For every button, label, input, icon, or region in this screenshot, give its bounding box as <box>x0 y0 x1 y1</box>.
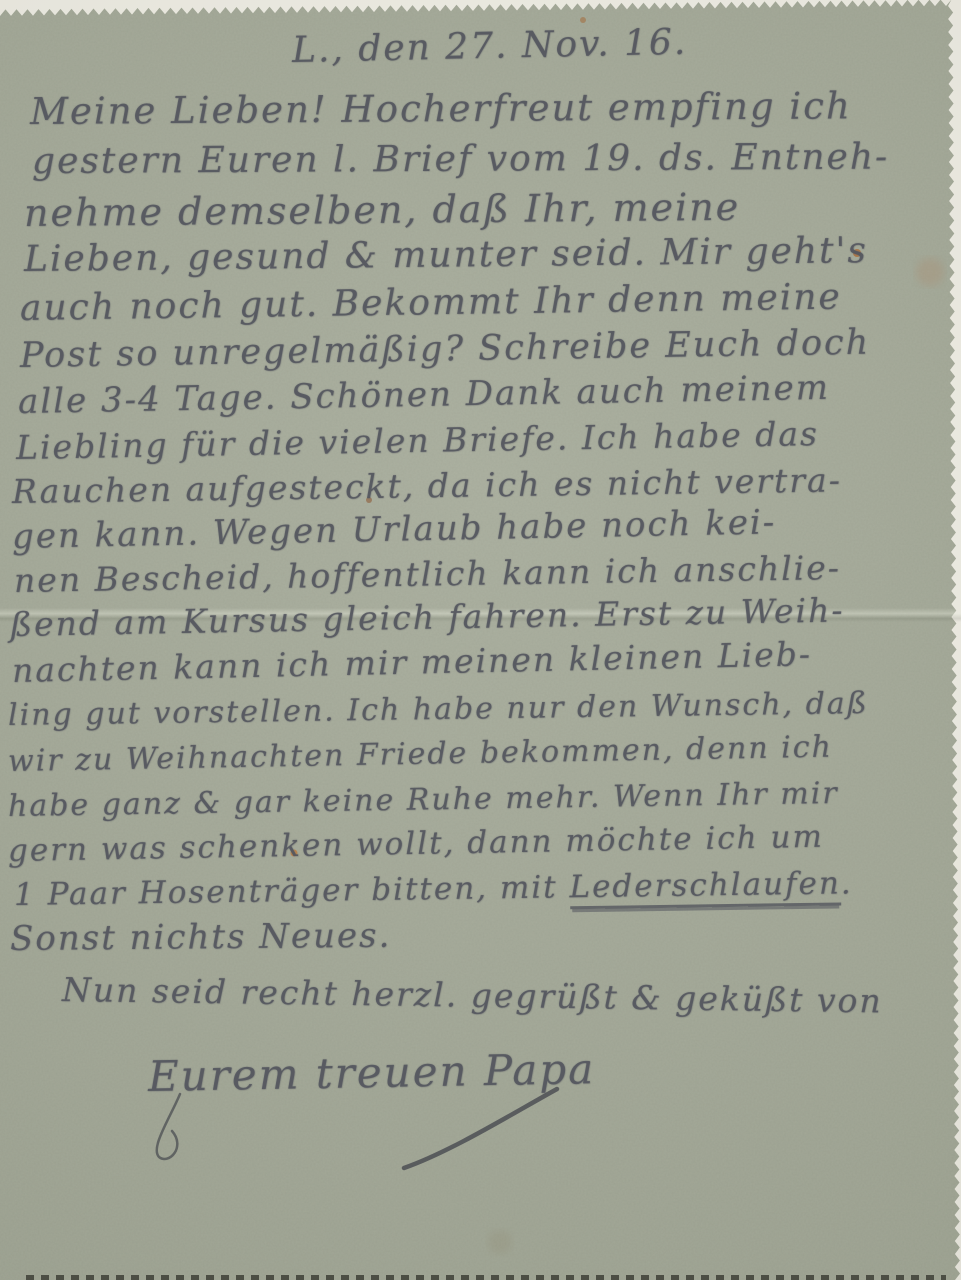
letter-line: nehme demselben, daß Ihr, meine <box>24 185 741 235</box>
bottom-perforation <box>26 1275 946 1280</box>
line-suffix: . <box>841 865 853 901</box>
scanned-letter-page: { "letter": { "dateline": "L., den 27. N… <box>0 0 961 1280</box>
stain-spot <box>488 1230 512 1254</box>
letter-line: Meine Lieben! Hocherfreut empfing ich <box>30 84 852 133</box>
underlined-word: Lederschlaufen <box>569 865 841 909</box>
signature: Eurem treuen Papa <box>148 1044 596 1101</box>
letter-line: Sonst nichts Neues. <box>10 916 392 959</box>
dateline: L., den 27. Nov. 16. <box>292 22 688 71</box>
letter-line: gestern Euren l. Brief vom 19. ds. Entne… <box>32 137 889 182</box>
stain-spot <box>580 17 586 23</box>
stain-spot <box>916 258 944 286</box>
